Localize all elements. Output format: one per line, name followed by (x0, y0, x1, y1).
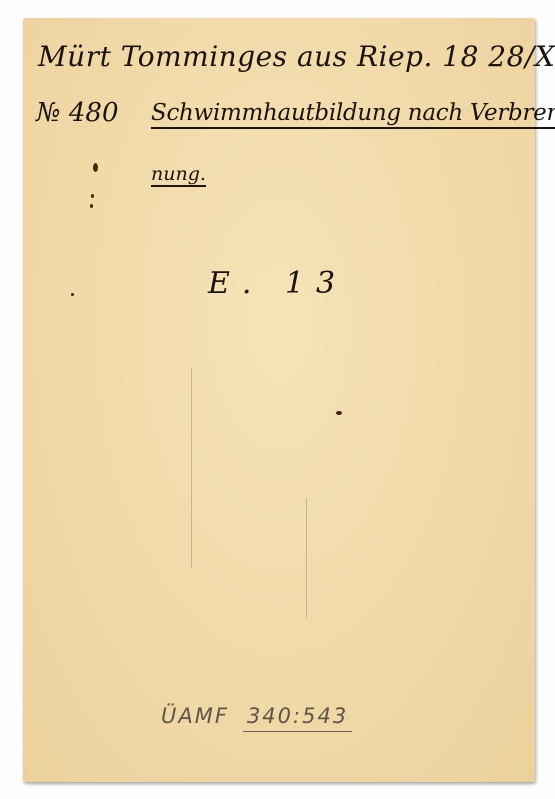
pencil-line (306, 498, 307, 618)
ink-spot (91, 194, 94, 198)
ink-spot (336, 411, 342, 415)
ink-spot (71, 293, 74, 296)
archive-number: 340:543 (243, 704, 352, 732)
archive-stamp: ÜAMF340:543 (161, 704, 352, 728)
title-line-1: Schwimmhautbildung nach Verbren- (151, 100, 555, 129)
catalog-number: № 480 (36, 98, 119, 128)
ink-spot (90, 204, 93, 208)
pencil-line (191, 368, 192, 568)
photo-card-back: Mürt Tomminges aus Riep. 18 28/X 87 № 48… (23, 18, 535, 782)
reference-mark: E. 13 (208, 266, 347, 301)
title-line-2: nung. (151, 163, 206, 187)
ink-spot (93, 163, 98, 172)
archive-prefix: ÜAMF (161, 704, 229, 728)
header-line: Mürt Tomminges aus Riep. 18 28/X 87 (38, 40, 555, 73)
